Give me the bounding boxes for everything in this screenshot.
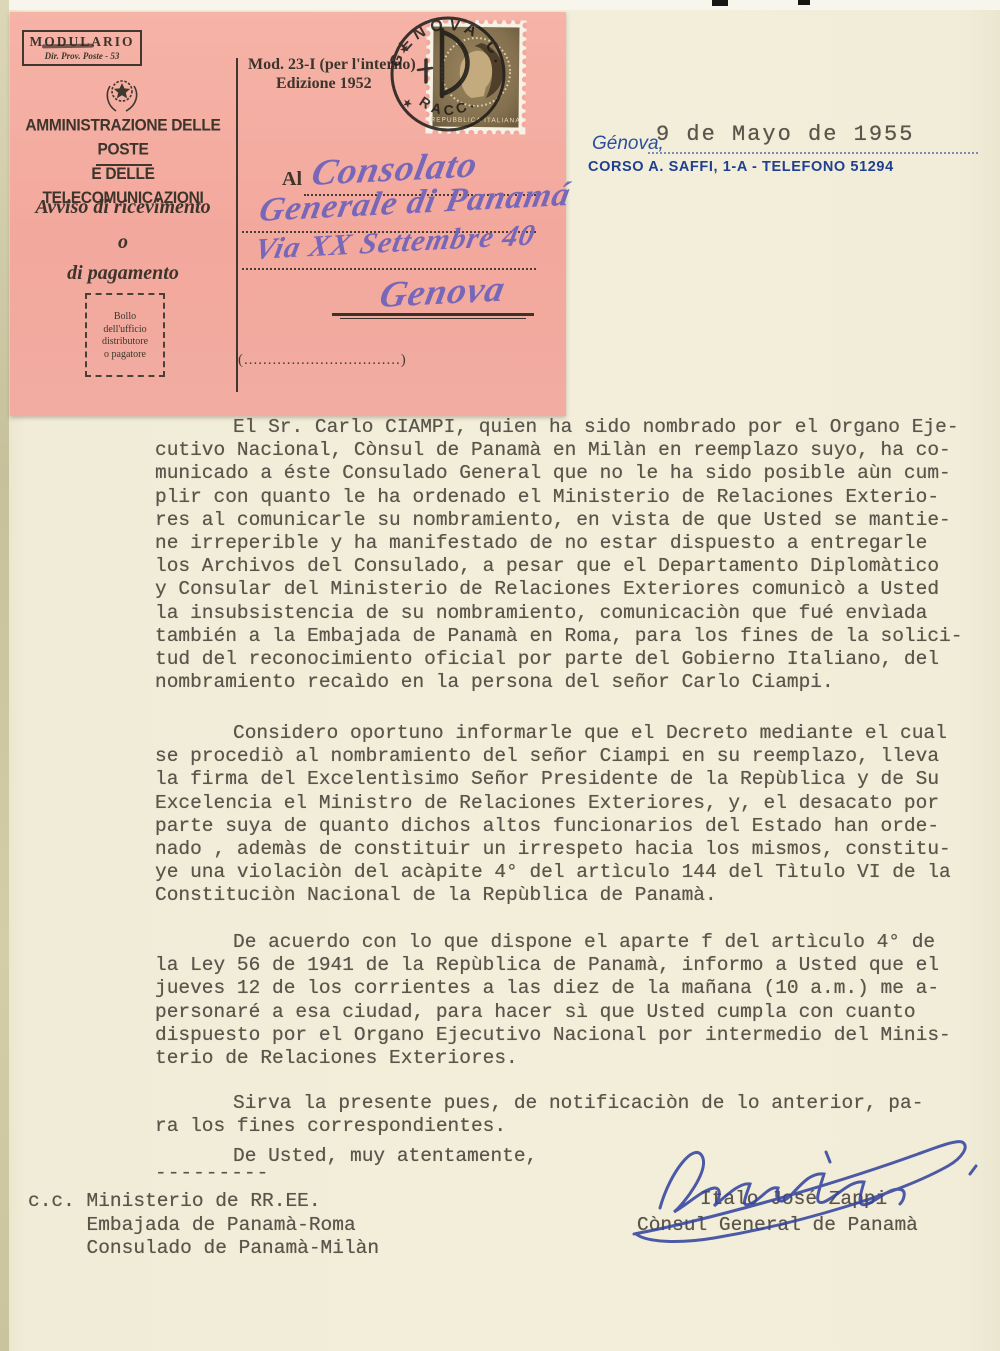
al-label: Al (282, 168, 302, 191)
modulario-box: MODULARIO Dir. Prov. Poste - 53 (22, 30, 142, 66)
star-icon (114, 83, 130, 98)
notice-line3: di pagamento (10, 262, 236, 285)
scan-edge-left (0, 0, 9, 1351)
handwritten-city: Genova (376, 268, 509, 317)
body-paragraph-2: Considero oportuno informarle que el Dec… (155, 722, 990, 908)
administration-line1: AMMINISTRAZIONE DELLE POSTE (10, 114, 236, 162)
body-paragraph-3: De acuerdo con lo que dispone el aparte … (155, 931, 990, 1070)
card-divider (236, 58, 238, 392)
typed-dashes: --------- (155, 1162, 269, 1184)
notice-line2: o (10, 231, 236, 254)
city-underline-1 (332, 313, 534, 316)
ink-signature (618, 1112, 993, 1252)
parenthesis-dotted-line: (.................................) (238, 352, 407, 369)
svg-text:RACC.: RACC. (417, 93, 480, 118)
modulario-subtitle: Dir. Prov. Poste - 53 (24, 51, 140, 61)
genova-postmark-icon: GENOVA C. RACC. ★ ★ (382, 8, 514, 140)
scan-artifact (798, 0, 810, 5)
mod-edition-line2: Edizione 1952 (276, 75, 372, 93)
body-paragraph-1: El Sr. Carlo CIAMPI, quien ha sido nombr… (155, 416, 990, 694)
bollo-box: Bollo dell'ufficio distributore o pagato… (85, 293, 165, 377)
title-underline (96, 164, 152, 166)
notice-line1: Avviso di ricevimento (10, 196, 236, 219)
scanned-letter-page: MODULARIO Dir. Prov. Poste - 53 AMMINIST… (0, 0, 1000, 1351)
italy-star-emblem-icon (102, 74, 142, 114)
letterhead-address: CORSO A. SAFFI, 1-A - TELEFONO 51294 (588, 159, 894, 175)
city-underline-2 (340, 318, 526, 319)
cc-block: c.c. Ministerio de RR.EE. Embajada de Pa… (28, 1190, 379, 1261)
typed-date: 9 de Mayo de 1955 (656, 122, 914, 147)
bollo-label: Bollo dell'ufficio distributore o pagato… (87, 311, 163, 361)
scan-artifact (712, 0, 728, 6)
postmark-bottom-text: RACC. (417, 93, 480, 118)
